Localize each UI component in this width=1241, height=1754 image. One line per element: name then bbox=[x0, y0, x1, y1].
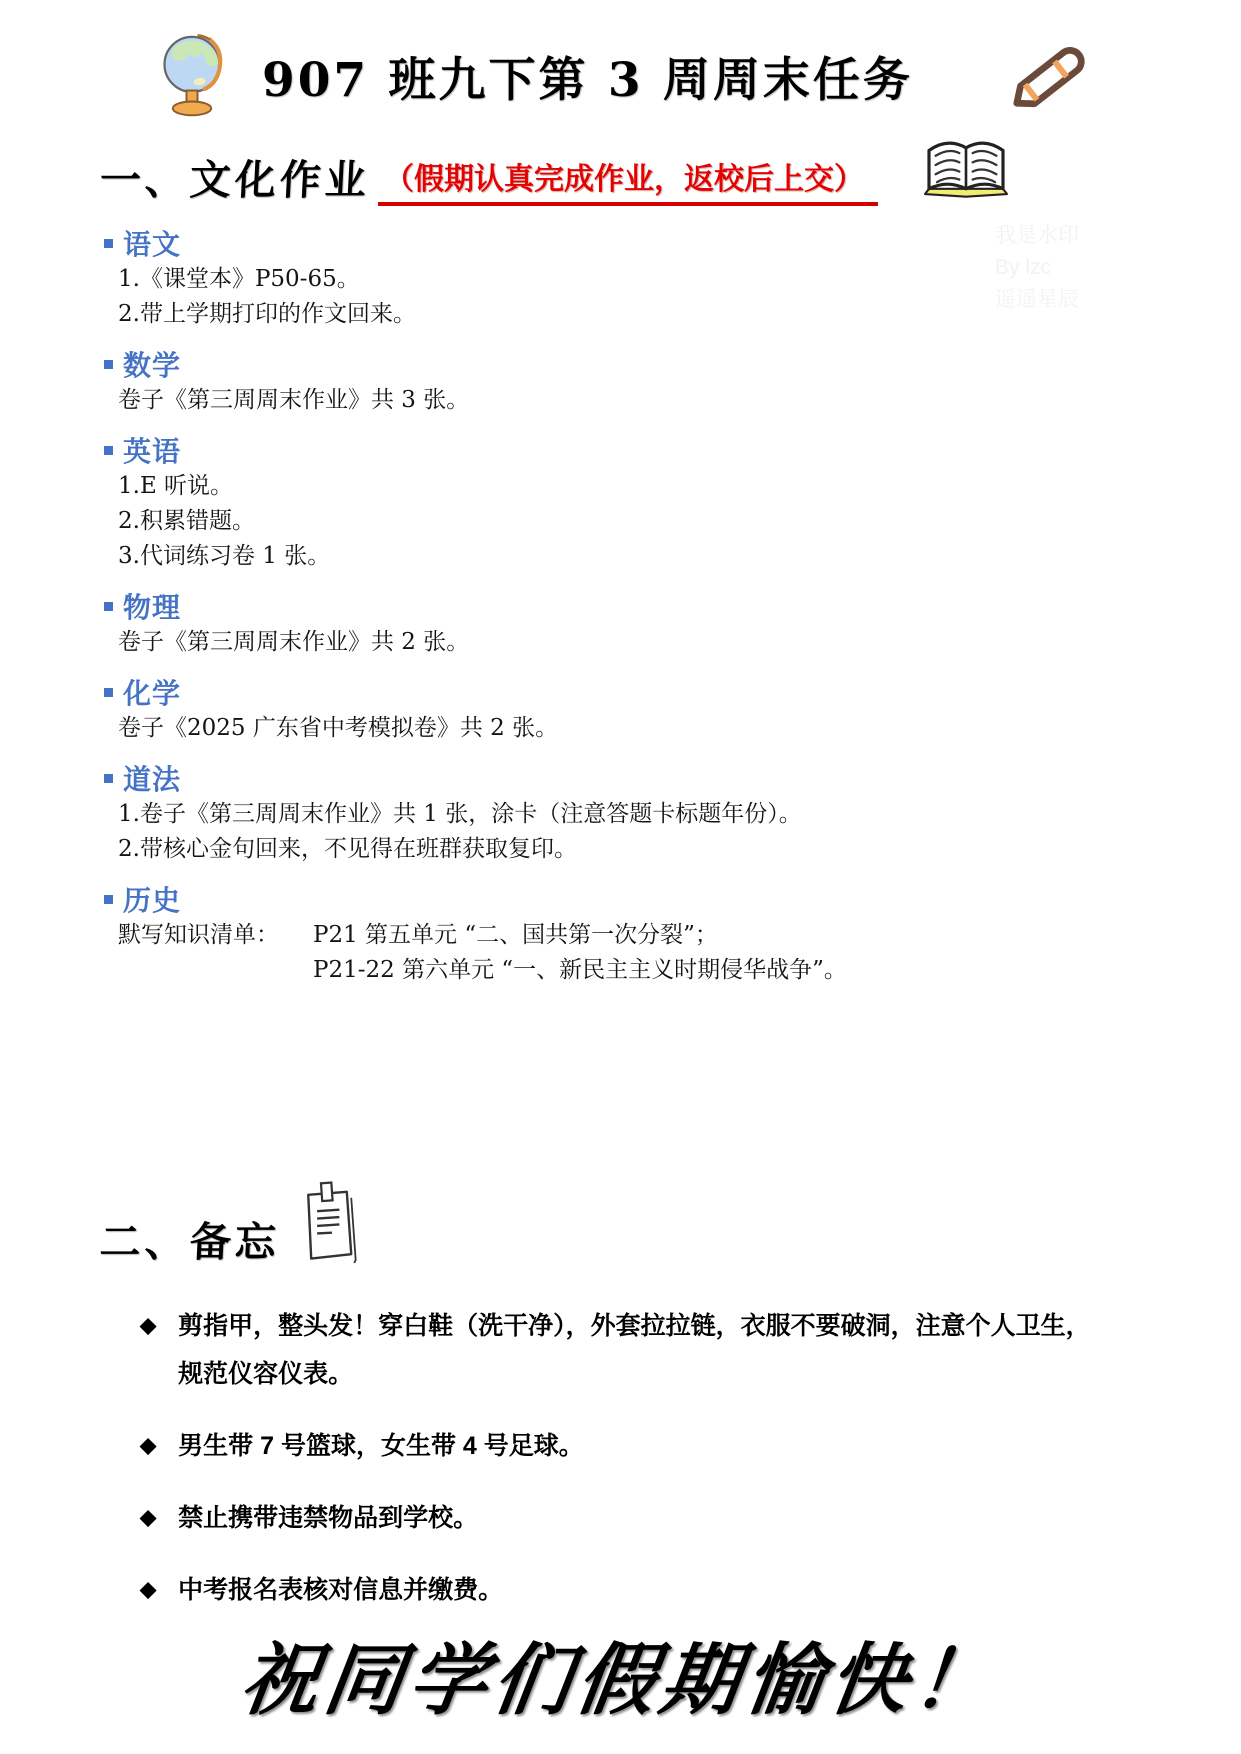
homework-item: 卷子《2025 广东省中考模拟卷》共 2 张。 bbox=[118, 711, 1241, 746]
homework-item: 2.带核心金句回来，不见得在班群获取复印。 bbox=[118, 832, 1241, 867]
subject-english: 英语 1.E 听说。 2.积累错题。 3.代词练习卷 1 张。 bbox=[104, 431, 1241, 574]
subject-chemistry: 化学 卷子《2025 广东省中考模拟卷》共 2 张。 bbox=[104, 673, 1241, 746]
page-title: 907 班九下第 3 周周末任务 bbox=[262, 43, 913, 110]
memo-list: ◆ 剪指甲，整头发！穿白鞋（洗干净），外套拉拉链，衣服不要破洞，注意个人卫生，规… bbox=[140, 1302, 1100, 1614]
square-bullet-icon bbox=[104, 602, 113, 611]
subject-name: 道法 bbox=[123, 758, 181, 798]
memo-item: ◆ 剪指甲，整头发！穿白鞋（洗干净），外套拉拉链，衣服不要破洞，注意个人卫生，规… bbox=[140, 1302, 1100, 1398]
history-line: P21-22 第六单元 “一、新民主主义时期侵华战争”。 bbox=[313, 953, 847, 988]
homework-item: 卷子《第三周周末作业》共 2 张。 bbox=[118, 625, 1241, 660]
memo-text: 中考报名表核对信息并缴费。 bbox=[178, 1566, 503, 1614]
diamond-bullet-icon: ◆ bbox=[140, 1302, 156, 1398]
subject-physics: 物理 卷子《第三周周末作业》共 2 张。 bbox=[104, 587, 1241, 660]
memo-text: 剪指甲，整头发！穿白鞋（洗干净），外套拉拉链，衣服不要破洞，注意个人卫生，规范仪… bbox=[178, 1302, 1100, 1398]
homework-item: 3.代词练习卷 1 张。 bbox=[118, 539, 1241, 574]
diamond-bullet-icon: ◆ bbox=[140, 1422, 156, 1470]
square-bullet-icon bbox=[104, 360, 113, 369]
square-bullet-icon bbox=[104, 688, 113, 697]
square-bullet-icon bbox=[104, 446, 113, 455]
open-book-icon bbox=[918, 128, 1014, 207]
subject-morality: 道法 1.卷子《第三周周末作业》共 1 张，涂卡（注意答题卡标题年份）。 2.带… bbox=[104, 759, 1241, 867]
footer-message: 祝同学们假期愉快！ bbox=[235, 1618, 1007, 1730]
diamond-bullet-icon: ◆ bbox=[140, 1566, 156, 1614]
square-bullet-icon bbox=[104, 895, 113, 904]
subject-name: 历史 bbox=[123, 879, 181, 919]
section1-note: （假期认真完成作业，返校后上交） bbox=[378, 154, 878, 206]
homework-item: 2.带上学期打印的作文回来。 bbox=[118, 297, 1241, 332]
subject-name: 物理 bbox=[123, 586, 181, 626]
memo-item: ◆ 中考报名表核对信息并缴费。 bbox=[140, 1566, 1100, 1614]
section2-heading: 二、备忘 bbox=[98, 1209, 281, 1268]
globe-icon bbox=[148, 30, 236, 123]
subject-name: 英语 bbox=[123, 430, 181, 470]
subject-name: 数学 bbox=[123, 344, 181, 384]
section1-heading: 一、文化作业 bbox=[98, 147, 371, 206]
memo-item: ◆ 男生带 7 号篮球，女生带 4 号足球。 bbox=[140, 1422, 1100, 1470]
subject-chinese: 语文 1.《课堂本》P50-65。 2.带上学期打印的作文回来。 bbox=[104, 224, 1241, 332]
history-line: P21 第五单元 “二、国共第一次分裂”； bbox=[313, 918, 847, 953]
homework-item: 1.E 听说。 bbox=[118, 469, 1241, 504]
subject-name: 语文 bbox=[123, 223, 181, 263]
section2-heading-row: 二、备忘 bbox=[100, 1194, 1241, 1268]
memo-text: 男生带 7 号篮球，女生带 4 号足球。 bbox=[178, 1422, 584, 1470]
square-bullet-icon bbox=[104, 239, 113, 248]
document-header: 907 班九下第 3 周周末任务 bbox=[0, 0, 1241, 120]
subject-name: 化学 bbox=[123, 672, 181, 712]
homework-item: 卷子《第三周周末作业》共 3 张。 bbox=[118, 383, 1241, 418]
history-label: 默写知识清单： bbox=[118, 918, 279, 988]
document-page: 我是水印 By lzc 遥遥星辰 907 班九下第 3 周周末任务 bbox=[0, 0, 1241, 1754]
footer-wish: 祝同学们假期愉快！ bbox=[0, 1618, 1241, 1730]
section1-heading-row: 一、文化作业 （假期认真完成作业，返校后上交） bbox=[100, 134, 1241, 206]
pencil-icon bbox=[1001, 35, 1105, 118]
diamond-bullet-icon: ◆ bbox=[140, 1494, 156, 1542]
subject-math: 数学 卷子《第三周周末作业》共 3 张。 bbox=[104, 345, 1241, 418]
memo-note-icon bbox=[296, 1180, 362, 1271]
memo-text: 禁止携带违禁物品到学校。 bbox=[178, 1494, 478, 1542]
square-bullet-icon bbox=[104, 774, 113, 783]
homework-item: 1.卷子《第三周周末作业》共 1 张，涂卡（注意答题卡标题年份）。 bbox=[118, 797, 1241, 832]
subject-list: 语文 1.《课堂本》P50-65。 2.带上学期打印的作文回来。 数学 卷子《第… bbox=[104, 224, 1241, 988]
subject-history: 历史 默写知识清单： P21 第五单元 “二、国共第一次分裂”； P21-22 … bbox=[104, 880, 1241, 988]
memo-item: ◆ 禁止携带违禁物品到学校。 bbox=[140, 1494, 1100, 1542]
homework-item: 2.积累错题。 bbox=[118, 504, 1241, 539]
homework-item: 1.《课堂本》P50-65。 bbox=[118, 262, 1241, 297]
